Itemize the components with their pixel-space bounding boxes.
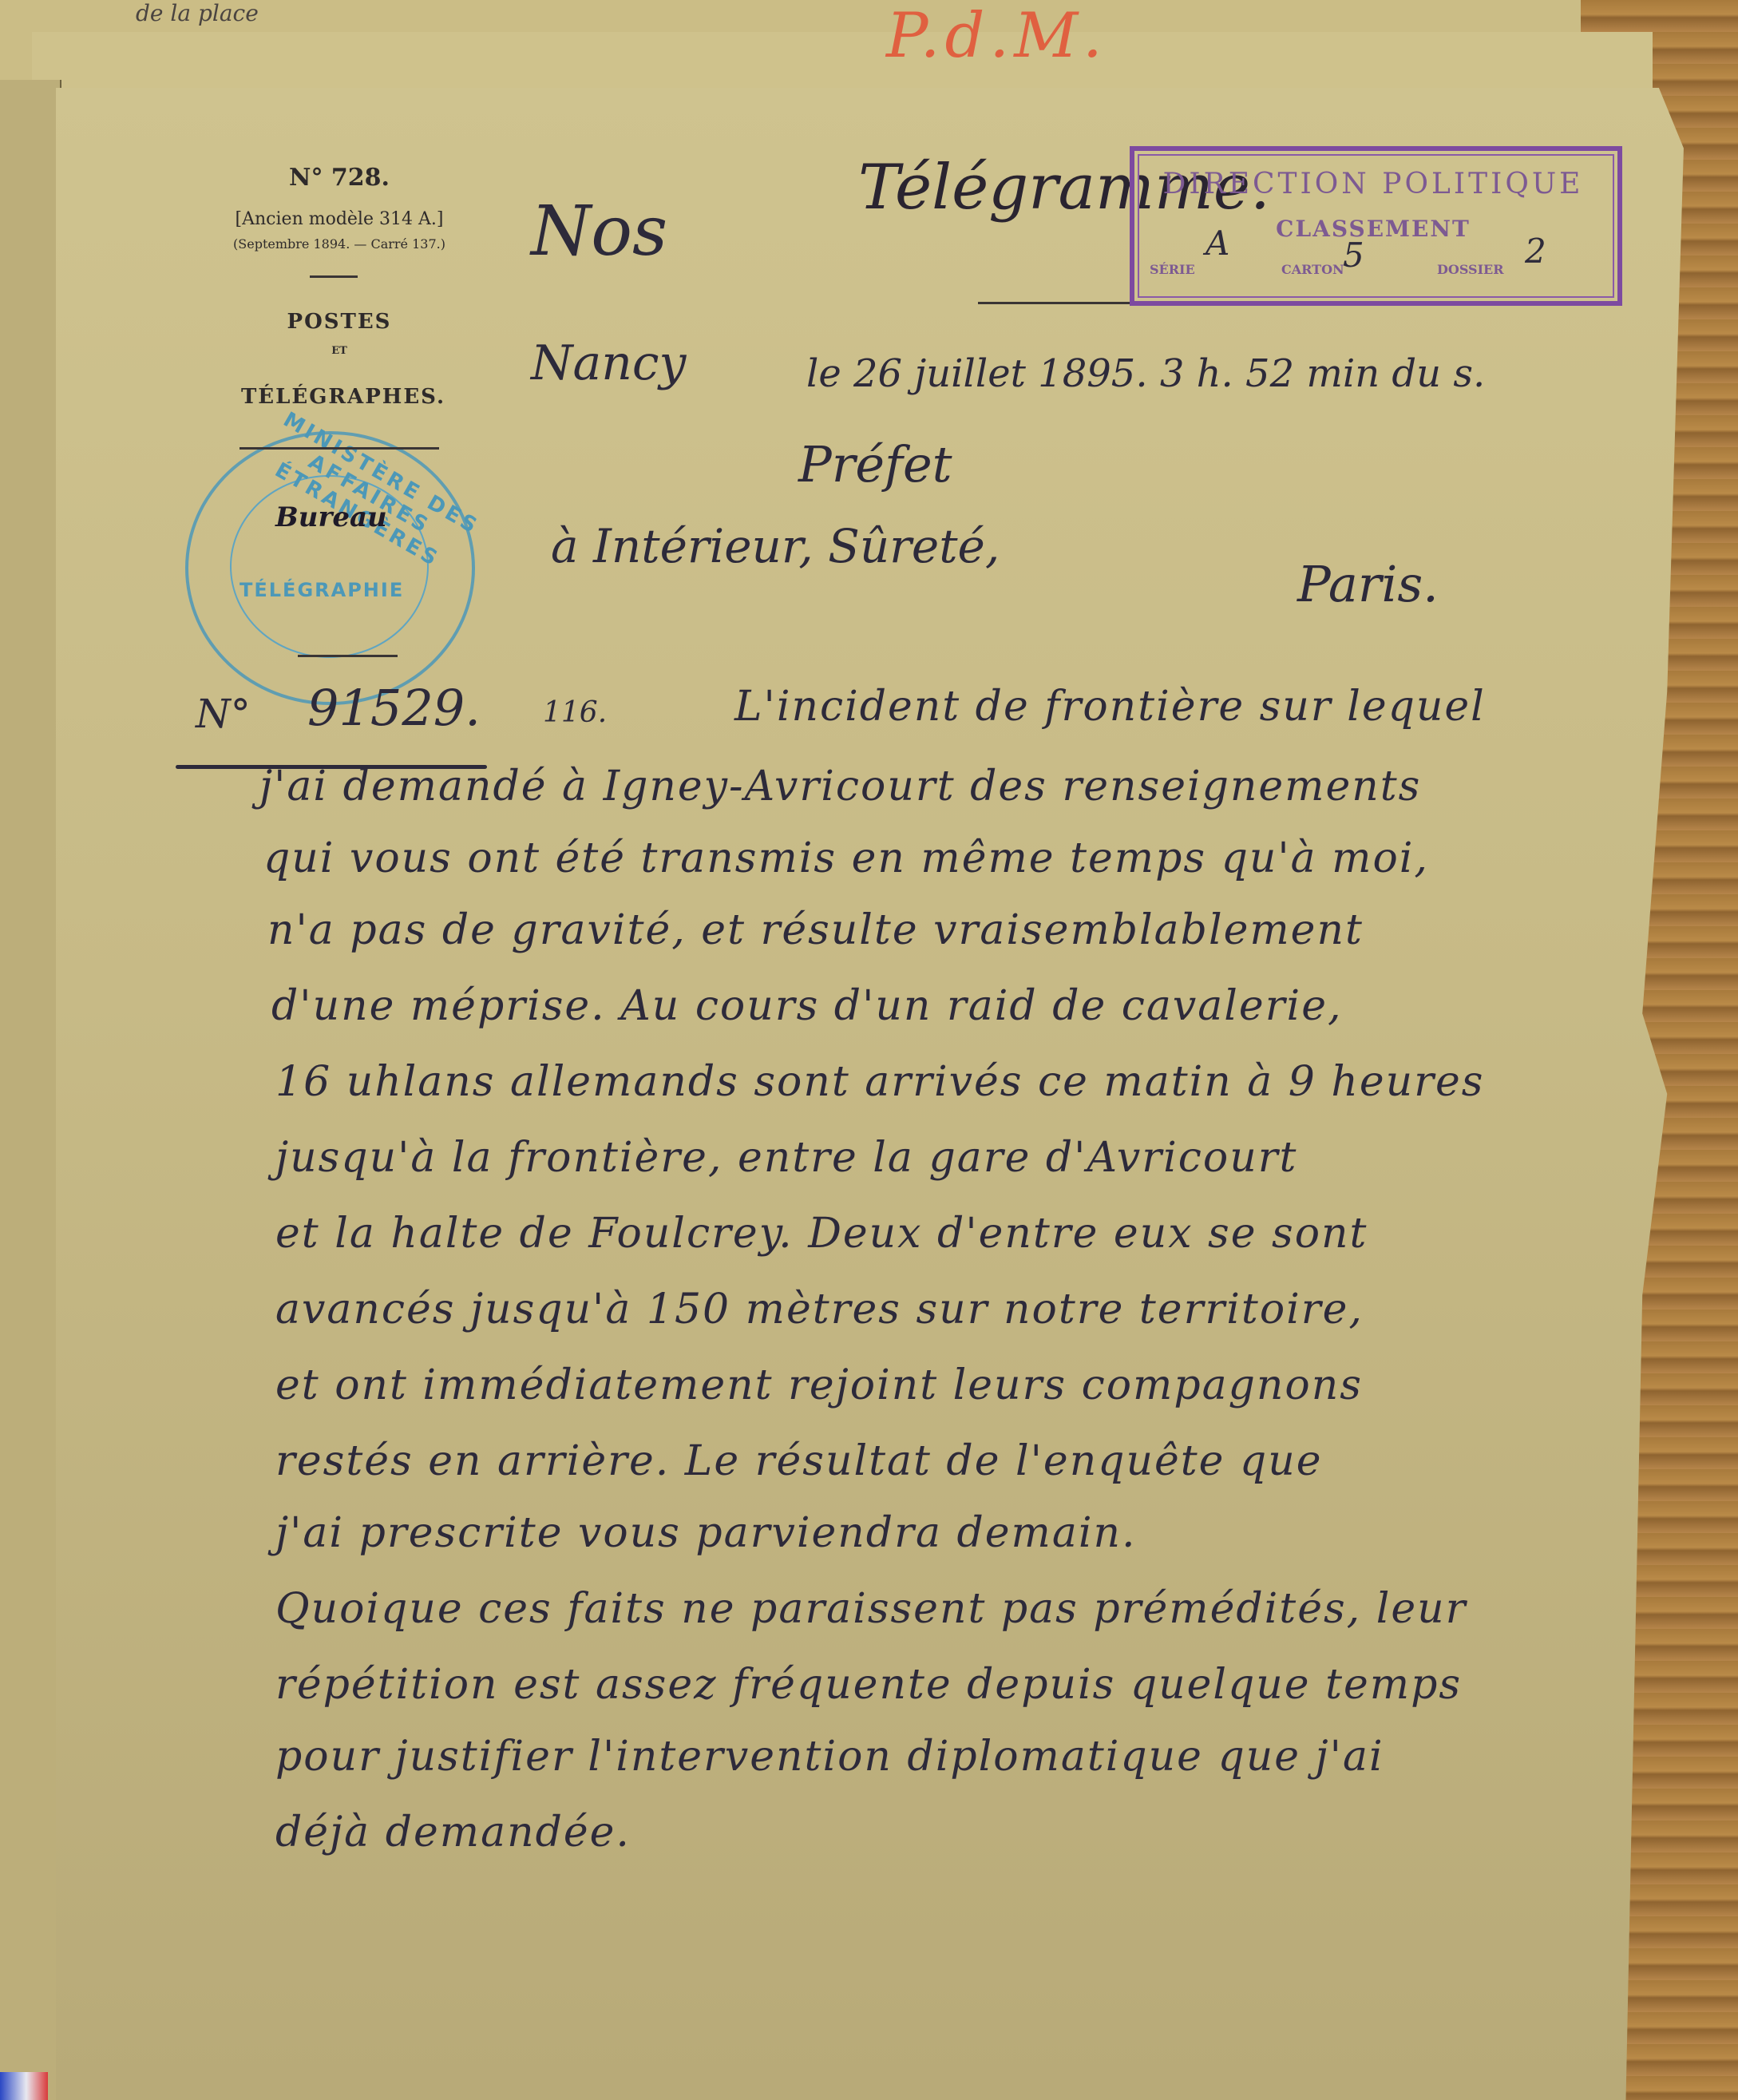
body-line: avancés jusqu'à 150 mètres sur notre ter… xyxy=(275,1286,1364,1333)
body-line: qui vous ont été transmis en même temps … xyxy=(263,834,1429,882)
body-line: L'incident de frontière sur lequel xyxy=(734,683,1486,731)
bureau-label: Bureau xyxy=(275,501,387,533)
sender: Préfet xyxy=(798,435,952,493)
origin-city: Nancy xyxy=(531,335,686,391)
body-line: et la halte de Foulcrey. Deux d'entre eu… xyxy=(275,1210,1368,1258)
body-line: 16 uhlans allemands sont arrivés ce mati… xyxy=(275,1058,1484,1106)
body-line: d'une méprise. Au cours d'un raid de cav… xyxy=(271,982,1343,1030)
initials: Nos xyxy=(531,192,667,271)
bureau-rule-top xyxy=(240,447,439,450)
body-line: n'a pas de gravité, et résulte vraisembl… xyxy=(267,906,1364,954)
service-telegraphes: TÉLÉGRAPHES. xyxy=(200,385,487,409)
telegram-number: 91529. xyxy=(307,679,481,737)
body-line: et ont immédiatement rejoint leurs compa… xyxy=(275,1361,1363,1409)
recipient: à Intérieur, Sûreté, xyxy=(551,519,1000,573)
body-line: déjà demandée. xyxy=(275,1809,631,1856)
form-edition: (Septembre 1894. — Carré 137.) xyxy=(184,236,495,252)
destination: Paris. xyxy=(1297,555,1439,613)
body-line: pour justifier l'intervention diplomatiq… xyxy=(275,1733,1384,1781)
serie-value: A xyxy=(1206,224,1229,263)
service-et: ET xyxy=(208,345,471,357)
body-line: répétition est assez fréquente depuis qu… xyxy=(275,1661,1462,1709)
form-old-model: [Ancien modèle 314 A.] xyxy=(184,209,495,229)
stamp-heading: DIRECTION POLITIQUE xyxy=(1142,168,1605,200)
title-rule xyxy=(978,302,1130,304)
carton-label: CARTON xyxy=(1281,262,1344,277)
date-line: le 26 juillet 1895. 3 h. 52 min du s. xyxy=(806,351,1485,396)
number-label: N° xyxy=(196,691,251,737)
service-postes: POSTES xyxy=(208,310,471,334)
body-line: Quoique ces faits ne paraissent pas prém… xyxy=(275,1585,1467,1633)
body-line: restés en arrière. Le résultat de l'enqu… xyxy=(275,1437,1322,1485)
body-line: j'ai prescrite vous parviendra demain. xyxy=(275,1509,1137,1557)
flag-sticker-icon xyxy=(0,2072,48,2100)
carton-value: 5 xyxy=(1343,236,1364,275)
ministry-stamp-inner-text: TÉLÉGRAPHIE xyxy=(240,579,404,601)
red-annotation: P.d.M. xyxy=(886,0,1107,72)
dossier-label: DOSSIER xyxy=(1437,262,1504,277)
body-line: jusqu'à la frontière, entre la gare d'Av… xyxy=(275,1134,1297,1182)
word-count: 116. xyxy=(543,696,607,729)
body-line: j'ai demandé à Igney-Avricourt des rense… xyxy=(259,763,1421,810)
dossier-value: 2 xyxy=(1525,232,1546,271)
bureau-rule-bottom xyxy=(298,655,398,657)
divider xyxy=(310,275,358,278)
form-number: N° 728. xyxy=(208,164,471,192)
serie-label: SÉRIE xyxy=(1150,262,1195,277)
left-sheet-edge xyxy=(0,80,61,2100)
background-note: de la place xyxy=(136,0,259,26)
